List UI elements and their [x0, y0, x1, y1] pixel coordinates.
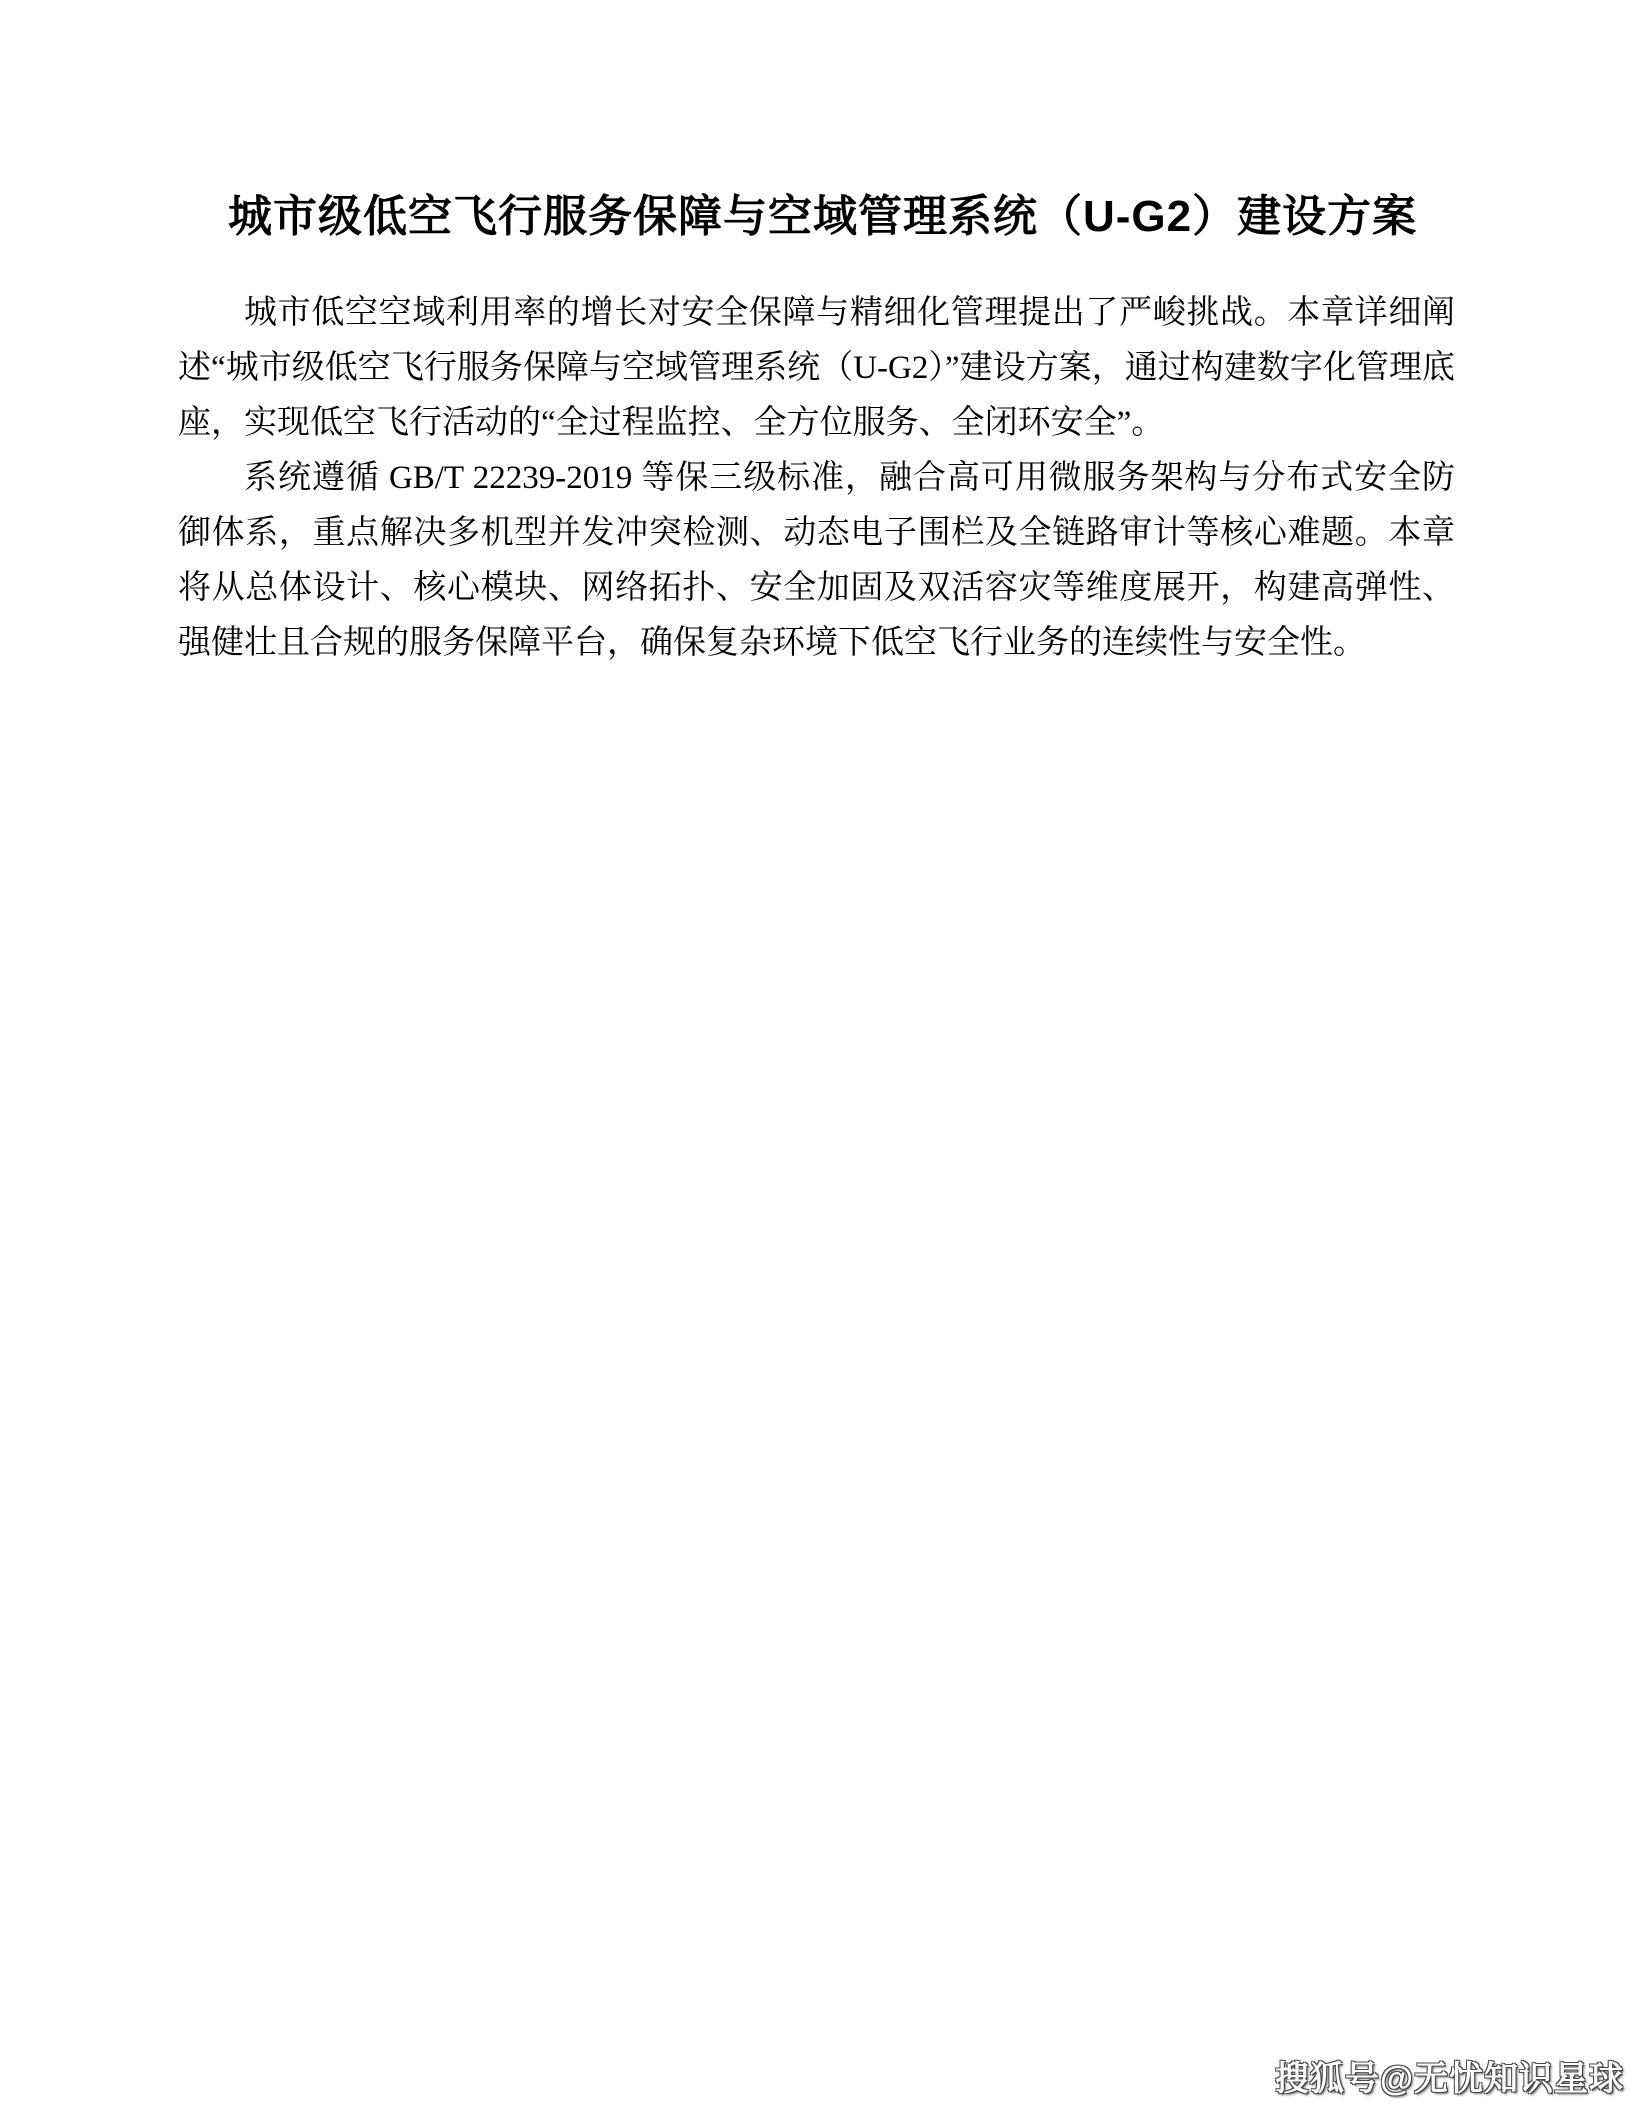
paragraph-overview: 城市低空空域利用率的增长对安全保障与精细化管理提出了严峻挑战。本章详细阐述“城市… — [178, 286, 1455, 451]
paragraph-architecture: 系统遵循 GB/T 22239-2019 等保三级标准，融合高可用微服务架构与分… — [178, 451, 1455, 671]
watermark-sohu-account: 搜狐号@无忧知识星球 — [1275, 2051, 1624, 2100]
document-page: 城市级低空飞行服务保障与空域管理系统（U-G2）建设方案 城市低空空域利用率的增… — [0, 0, 1632, 2112]
document-title: 城市级低空飞行服务保障与空域管理系统（U-G2）建设方案 — [178, 186, 1455, 248]
document-content: 城市级低空飞行服务保障与空域管理系统（U-G2）建设方案 城市低空空域利用率的增… — [178, 186, 1455, 671]
